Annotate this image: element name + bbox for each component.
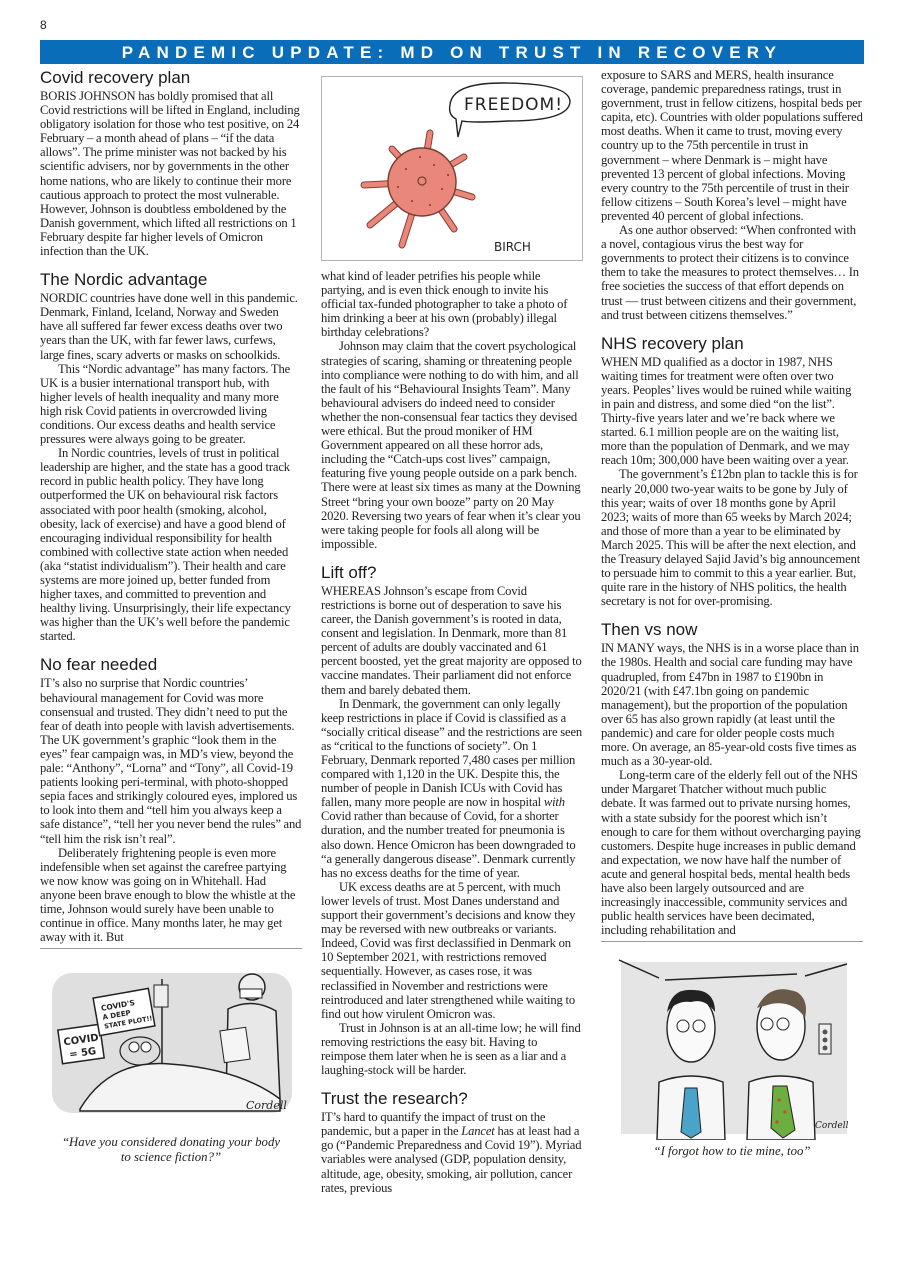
text-run: Covid rather than because of Covid, for … (321, 809, 576, 879)
column-2: FREEDOM! (321, 72, 583, 1195)
paragraph: IT’s also no surprise that Nordic countr… (40, 676, 302, 845)
paragraph: WHEREAS Johnson’s escape from Covid rest… (321, 584, 583, 697)
paragraph: WHEN MD qualified as a doctor in 1987, N… (601, 355, 863, 468)
paragraph: what kind of leader petrifies his people… (321, 269, 583, 339)
hospital-bed-cartoon-illustration: COVID = 5G COVID'S A DEEP STATE PLOT!! C… (40, 959, 302, 1129)
cartoonist-signature: BIRCH (494, 240, 531, 254)
cartoonist-signature: Cordell (815, 1121, 849, 1131)
article-section-then-vs-now: Then vs now IN MANY ways, the NHS is in … (601, 620, 863, 937)
cartoonist-signature: Cordell (246, 1099, 287, 1112)
article-section-covid-recovery-plan: Covid recovery plan BORIS JOHNSON has bo… (40, 68, 302, 258)
article-section-nhs-recovery-plan: NHS recovery plan WHEN MD qualified as a… (601, 334, 863, 609)
paragraph: Long-term care of the elderly fell out o… (601, 768, 863, 937)
section-heading: Trust the research? (321, 1089, 583, 1109)
paragraph: UK excess deaths are at 5 percent, with … (321, 880, 583, 1021)
speech-bubble-text: FREEDOM! (464, 95, 563, 115)
journal-name: Lancet (461, 1124, 494, 1138)
section-heading: NHS recovery plan (601, 334, 863, 354)
article-section-no-fear-needed: No fear needed IT’s also no surprise tha… (40, 655, 302, 944)
paragraph: Johnson may claim that the covert psycho… (321, 339, 583, 550)
caption-line: to science fiction?” (40, 1150, 302, 1165)
article-section-trust-the-research: Trust the research? IT’s hard to quantif… (321, 1089, 583, 1195)
section-heading: No fear needed (40, 655, 302, 675)
paragraph: The government’s £12bn plan to tackle th… (601, 467, 863, 608)
cartoon-caption: “Have you considered donating your body … (40, 1135, 302, 1165)
paragraph: BORIS JOHNSON has boldly promised that a… (40, 89, 302, 258)
article-section-nordic-advantage: The Nordic advantage NORDIC countries ha… (40, 270, 302, 643)
column-3: exposure to SARS and MERS, health insura… (601, 68, 863, 1159)
paragraph: NORDIC countries have done well in this … (40, 291, 302, 361)
column-1: Covid recovery plan BORIS JOHNSON has bo… (40, 68, 302, 1165)
paragraph: IT’s hard to quantify the impact of trus… (321, 1110, 583, 1195)
cartoon-freedom-virus: FREEDOM! (321, 76, 583, 261)
cartoon-caption: “I forgot how to tie mine, too” (601, 1144, 863, 1159)
paragraph: As one author observed: “When confronted… (601, 223, 863, 322)
divider (40, 948, 302, 949)
paragraph: This “Nordic advantage” has many factors… (40, 362, 302, 447)
divider (601, 941, 863, 942)
paragraph: In Denmark, the government can only lega… (321, 697, 583, 880)
section-heading: The Nordic advantage (40, 270, 302, 290)
italic-emphasis: with (544, 795, 565, 809)
section-heading: Covid recovery plan (40, 68, 302, 88)
section-banner: PANDEMIC UPDATE: MD ON TRUST IN RECOVERY (40, 40, 864, 64)
virus-cartoon-illustration: FREEDOM! (322, 77, 582, 260)
section-heading: Lift off? (321, 563, 583, 583)
paragraph: exposure to SARS and MERS, health insura… (601, 68, 863, 223)
ties-cartoon-illustration: Cordell (601, 952, 863, 1140)
paragraph: Deliberately frightening people is even … (40, 846, 302, 945)
paragraph: IN MANY ways, the NHS is in a worse plac… (601, 641, 863, 768)
paragraph: Trust in Johnson is at an all-time low; … (321, 1021, 583, 1077)
page-number: 8 (40, 18, 47, 32)
cartoon-ties: Cordell (601, 952, 863, 1140)
article-section-lift-off: Lift off? WHEREAS Johnson’s escape from … (321, 563, 583, 1077)
paragraph: In Nordic countries, levels of trust in … (40, 446, 302, 643)
cartoon-hospital-bed: COVID = 5G COVID'S A DEEP STATE PLOT!! C… (40, 959, 302, 1129)
text-run: In Denmark, the government can only lega… (321, 697, 582, 810)
caption-line: “Have you considered donating your body (40, 1135, 302, 1150)
section-heading: Then vs now (601, 620, 863, 640)
